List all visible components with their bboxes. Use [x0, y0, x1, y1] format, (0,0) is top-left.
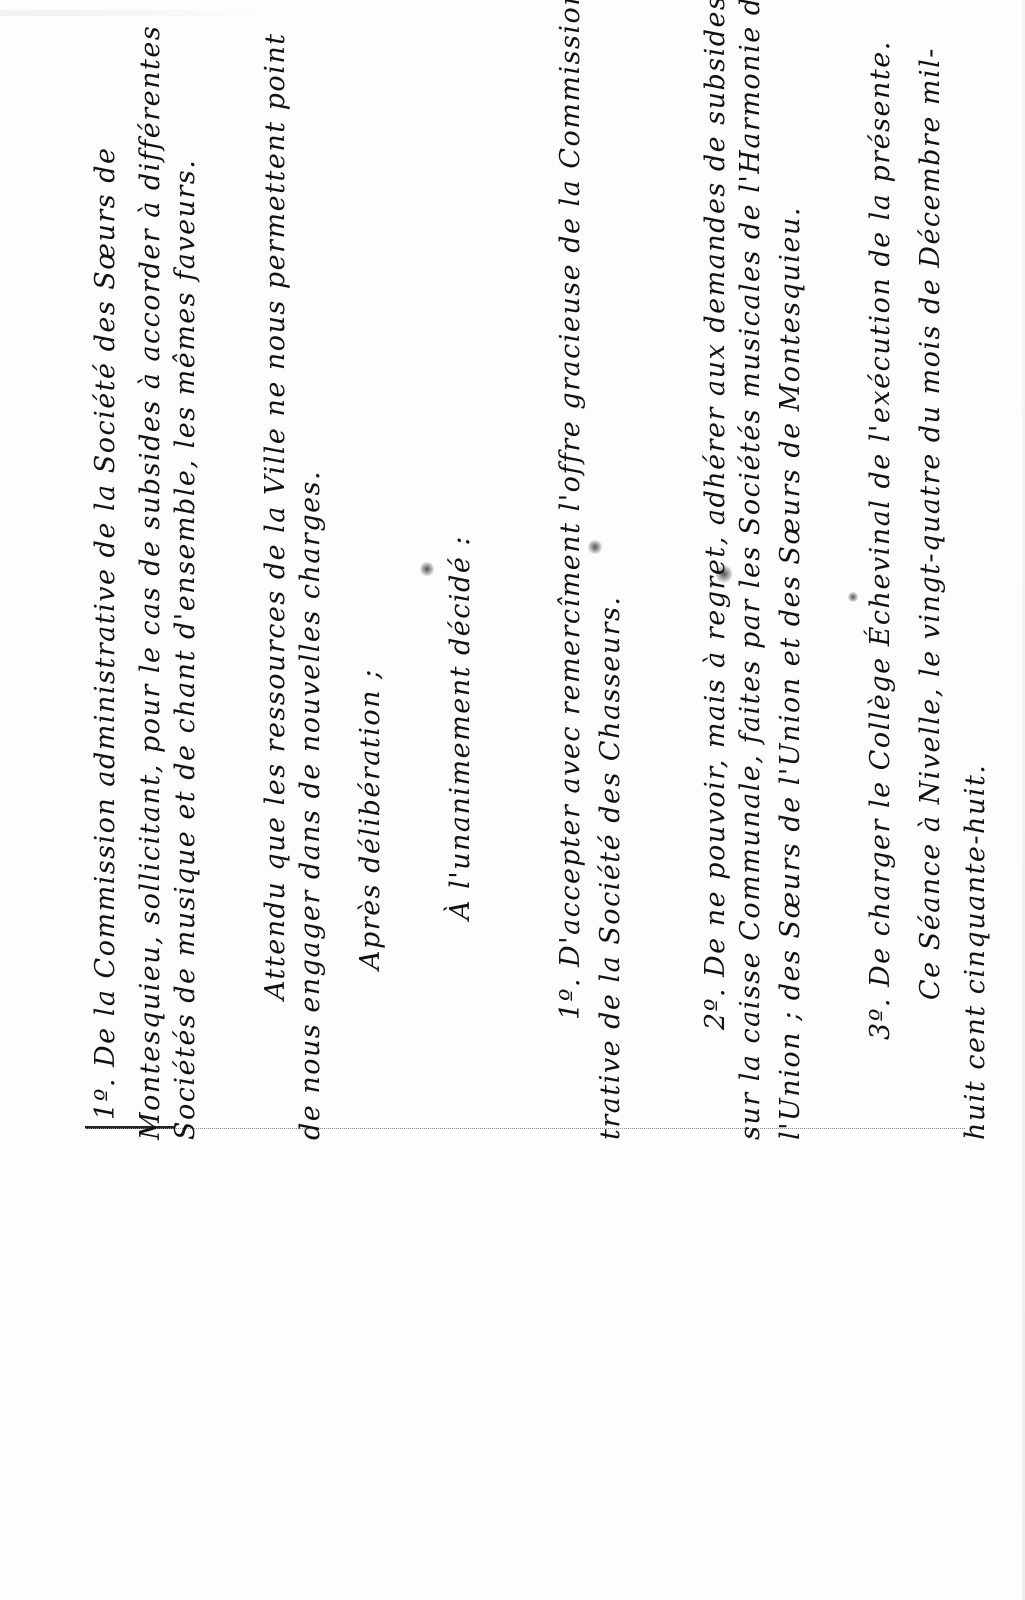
request-line-2: Montesquieu, sollicitant, pour le cas de…	[137, 25, 164, 1140]
request-line-3: Sociétés de musique et de chant d'ensemb…	[172, 159, 199, 1140]
decided-heading: À l'unanimement décidé :	[447, 535, 474, 920]
scan-edge-shadow	[0, 10, 260, 16]
decision-2-line-1: 2º. De ne pouvoir, mais à regret, adhére…	[702, 0, 729, 1030]
manuscript-page: 1º. De la Commission administrative de l…	[0, 0, 1025, 1600]
decision-1-line-2: trative de la Société des Chasseurs.	[597, 596, 624, 1140]
decision-2-line-2: sur la caisse Communale, faites par les …	[737, 0, 764, 1140]
manuscript-text-block: 1º. De la Commission administrative de l…	[80, 60, 1010, 1140]
decision-2-line-3: l'Union ; des Sœurs de l'Union et des Sœ…	[777, 206, 804, 1140]
after-deliberation: Après délibération ;	[357, 668, 384, 970]
considering-line-1: Attendu que les ressources de la Ville n…	[262, 32, 289, 1000]
decision-3-line-1: 3º. De charger le Collège Échevinal de l…	[867, 40, 894, 1040]
decision-1-line-1: 1º. D'accepter avec remercîment l'offre …	[557, 0, 584, 1020]
closing-line-1: Ce Séance à Nivelle, le vingt-quatre du …	[917, 47, 944, 1000]
request-line-1: 1º. De la Commission administrative de l…	[92, 147, 119, 1121]
closing-line-2: huit cent cinquante-huit.	[962, 764, 989, 1140]
considering-line-2: de nous engager dans de nouvelles charge…	[297, 470, 324, 1140]
